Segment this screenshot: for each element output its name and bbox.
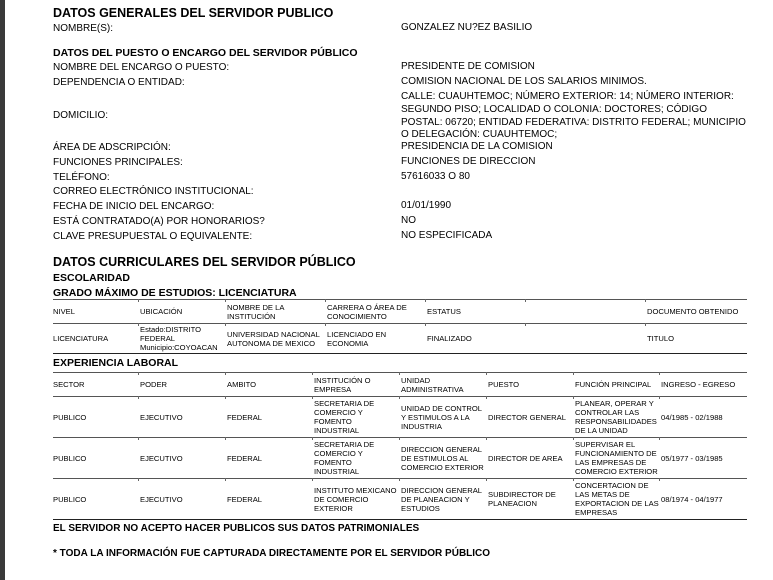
field-value-fecha-inicio: 01/01/1990 (401, 200, 451, 213)
name-label: NOMBRE(S): (53, 23, 113, 34)
puesto-section-title: DATOS DEL PUESTO O ENCARGO DEL SERVIDOR … (53, 47, 358, 59)
edu-cell-institucion: UNIVERSIDAD NACIONAL AUTONOMA DE MEXICO (227, 324, 327, 354)
field-label-area: ÁREA DE ADSCRIPCIÓN: (53, 142, 171, 153)
field-label-correo: CORREO ELECTRÓNICO INSTITUCIONAL: (53, 186, 254, 197)
exp-cell-puesto: DIRECTOR DE AREA (488, 438, 575, 479)
field-label-dependencia: DEPENDENCIA O ENTIDAD: (53, 77, 185, 88)
exp-cell-institucion: SECRETARIA DE COMERCIO Y FOMENTO INDUSTR… (314, 397, 401, 438)
exp-cell-unidad: DIRECCION GENERAL DE PLANEACION Y ESTUDI… (401, 479, 488, 520)
exp-cell-poder: EJECUTIVO (140, 438, 227, 479)
field-label-clave: CLAVE PRESUPUESTAL O EQUIVALENTE: (53, 231, 252, 242)
edu-header-institucion: NOMBRE DE LA INSTITUCIÓN (227, 300, 327, 324)
grado-maximo-title: GRADO MÁXIMO DE ESTUDIOS: LICENCIATURA (53, 287, 297, 299)
table-row: PUBLICO EJECUTIVO FEDERAL INSTITUTO MEXI… (53, 479, 747, 520)
field-label-telefono: TELÉFONO: (53, 172, 110, 183)
exp-header-institucion: INSTITUCIÓN O EMPRESA (314, 373, 401, 397)
field-label-fecha-inicio: FECHA DE INICIO DEL ENCARGO: (53, 201, 214, 212)
exp-header-periodo: INGRESO - EGRESO (661, 373, 747, 397)
edu-cell-carrera: LICENCIADO EN ECONOMIA (327, 324, 427, 354)
table-row: LICENCIATURA Estado:DISTRITO FEDERAL Mun… (53, 324, 747, 354)
exp-cell-institucion: INSTITUTO MEXICANO DE COMERCIO EXTERIOR (314, 479, 401, 520)
field-value-domicilio: CALLE: CUAUHTEMOC; NÚMERO EXTERIOR: 14; … (401, 91, 751, 142)
exp-header-puesto: PUESTO (488, 373, 575, 397)
experience-title: EXPERIENCIA LABORAL (53, 357, 178, 369)
table-row: PUBLICO EJECUTIVO FEDERAL SECRETARIA DE … (53, 397, 747, 438)
exp-cell-sector: PUBLICO (53, 397, 140, 438)
exp-cell-periodo: 05/1977 - 03/1985 (661, 438, 747, 479)
exp-cell-funcion: PLANEAR, OPERAR Y CONTROLAR LAS RESPONSA… (575, 397, 661, 438)
edu-header-carrera: CARRERA O ÁREA DE CONOCIMIENTO (327, 300, 427, 324)
field-value-funciones: FUNCIONES DE DIRECCION (401, 156, 535, 169)
edu-header-estatus: ESTATUS (427, 300, 527, 324)
capture-notice: * TODA LA INFORMACIÓN FUE CAPTURADA DIRE… (53, 548, 490, 559)
edu-cell-documento: TITULO (647, 324, 747, 354)
table-row: PUBLICO EJECUTIVO FEDERAL SECRETARIA DE … (53, 438, 747, 479)
curricular-section-title: DATOS CURRICULARES DEL SERVIDOR PÚBLICO (53, 255, 356, 269)
exp-cell-ambito: FEDERAL (227, 397, 314, 438)
experience-table: SECTOR PODER AMBITO INSTITUCIÓN O EMPRES… (53, 372, 747, 520)
exp-cell-sector: PUBLICO (53, 438, 140, 479)
exp-cell-funcion: SUPERVISAR EL FUNCIONAMIENTO DE LAS EMPR… (575, 438, 661, 479)
exp-header-unidad: UNIDAD ADMINISTRATIVA (401, 373, 488, 397)
exp-cell-institucion: SECRETARIA DE COMERCIO Y FOMENTO INDUSTR… (314, 438, 401, 479)
education-header-row: NIVEL UBICACIÓN NOMBRE DE LA INSTITUCIÓN… (53, 300, 747, 324)
exp-header-sector: SECTOR (53, 373, 140, 397)
exp-cell-unidad: DIRECCION GENERAL DE ESTIMULOS AL COMERC… (401, 438, 488, 479)
field-label-funciones: FUNCIONES PRINCIPALES: (53, 157, 183, 168)
exp-cell-unidad: UNIDAD DE CONTROL Y ESTIMULOS A LA INDUS… (401, 397, 488, 438)
experience-header-row: SECTOR PODER AMBITO INSTITUCIÓN O EMPRES… (53, 373, 747, 397)
field-value-puesto: PRESIDENTE DE COMISION (401, 61, 535, 74)
exp-cell-ambito: FEDERAL (227, 479, 314, 520)
viewer-left-edge (0, 0, 5, 580)
field-label-domicilio: DOMICILIO: (53, 110, 108, 121)
field-value-dependencia: COMISION NACIONAL DE LOS SALARIOS MINIMO… (401, 76, 647, 89)
field-value-telefono: 57616033 O 80 (401, 171, 470, 184)
exp-cell-sector: PUBLICO (53, 479, 140, 520)
edu-header-ubicacion: UBICACIÓN (140, 300, 227, 324)
edu-header-documento: DOCUMENTO OBTENIDO (647, 300, 747, 324)
general-section-title: DATOS GENERALES DEL SERVIDOR PUBLICO (53, 6, 333, 20)
exp-cell-puesto: SUBDIRECTOR DE PLANEACION (488, 479, 575, 520)
field-label-honorarios: ESTÁ CONTRATADO(A) POR HONORARIOS? (53, 216, 265, 227)
field-value-honorarios: NO (401, 215, 416, 228)
exp-header-funcion: FUNCIÓN PRINCIPAL (575, 373, 661, 397)
escolaridad-title: ESCOLARIDAD (53, 272, 130, 284)
edu-cell-estatus: FINALIZADO (427, 324, 527, 354)
field-value-clave: NO ESPECIFICADA (401, 230, 492, 243)
edu-cell-ubicacion: Estado:DISTRITO FEDERAL Municipio:COYOAC… (140, 324, 227, 354)
field-label-puesto: NOMBRE DEL ENCARGO O PUESTO: (53, 62, 229, 73)
field-value-area: PRESIDENCIA DE LA COMISION (401, 141, 553, 154)
education-table: NIVEL UBICACIÓN NOMBRE DE LA INSTITUCIÓN… (53, 299, 747, 354)
name-value: GONZALEZ NU?EZ BASILIO (401, 22, 532, 35)
edu-header-blank (527, 300, 647, 324)
exp-cell-periodo: 04/1985 - 02/1988 (661, 397, 747, 438)
exp-cell-periodo: 08/1974 - 04/1977 (661, 479, 747, 520)
exp-cell-poder: EJECUTIVO (140, 479, 227, 520)
exp-cell-puesto: DIRECTOR GENERAL (488, 397, 575, 438)
edu-cell-blank (527, 324, 647, 354)
patrimonial-notice: EL SERVIDOR NO ACEPTO HACER PUBLICOS SUS… (53, 523, 419, 534)
exp-header-poder: PODER (140, 373, 227, 397)
exp-cell-poder: EJECUTIVO (140, 397, 227, 438)
edu-header-nivel: NIVEL (53, 300, 140, 324)
exp-cell-funcion: CONCERTACION DE LAS METAS DE EXPORTACION… (575, 479, 661, 520)
exp-header-ambito: AMBITO (227, 373, 314, 397)
exp-cell-ambito: FEDERAL (227, 438, 314, 479)
edu-cell-nivel: LICENCIATURA (53, 324, 140, 354)
